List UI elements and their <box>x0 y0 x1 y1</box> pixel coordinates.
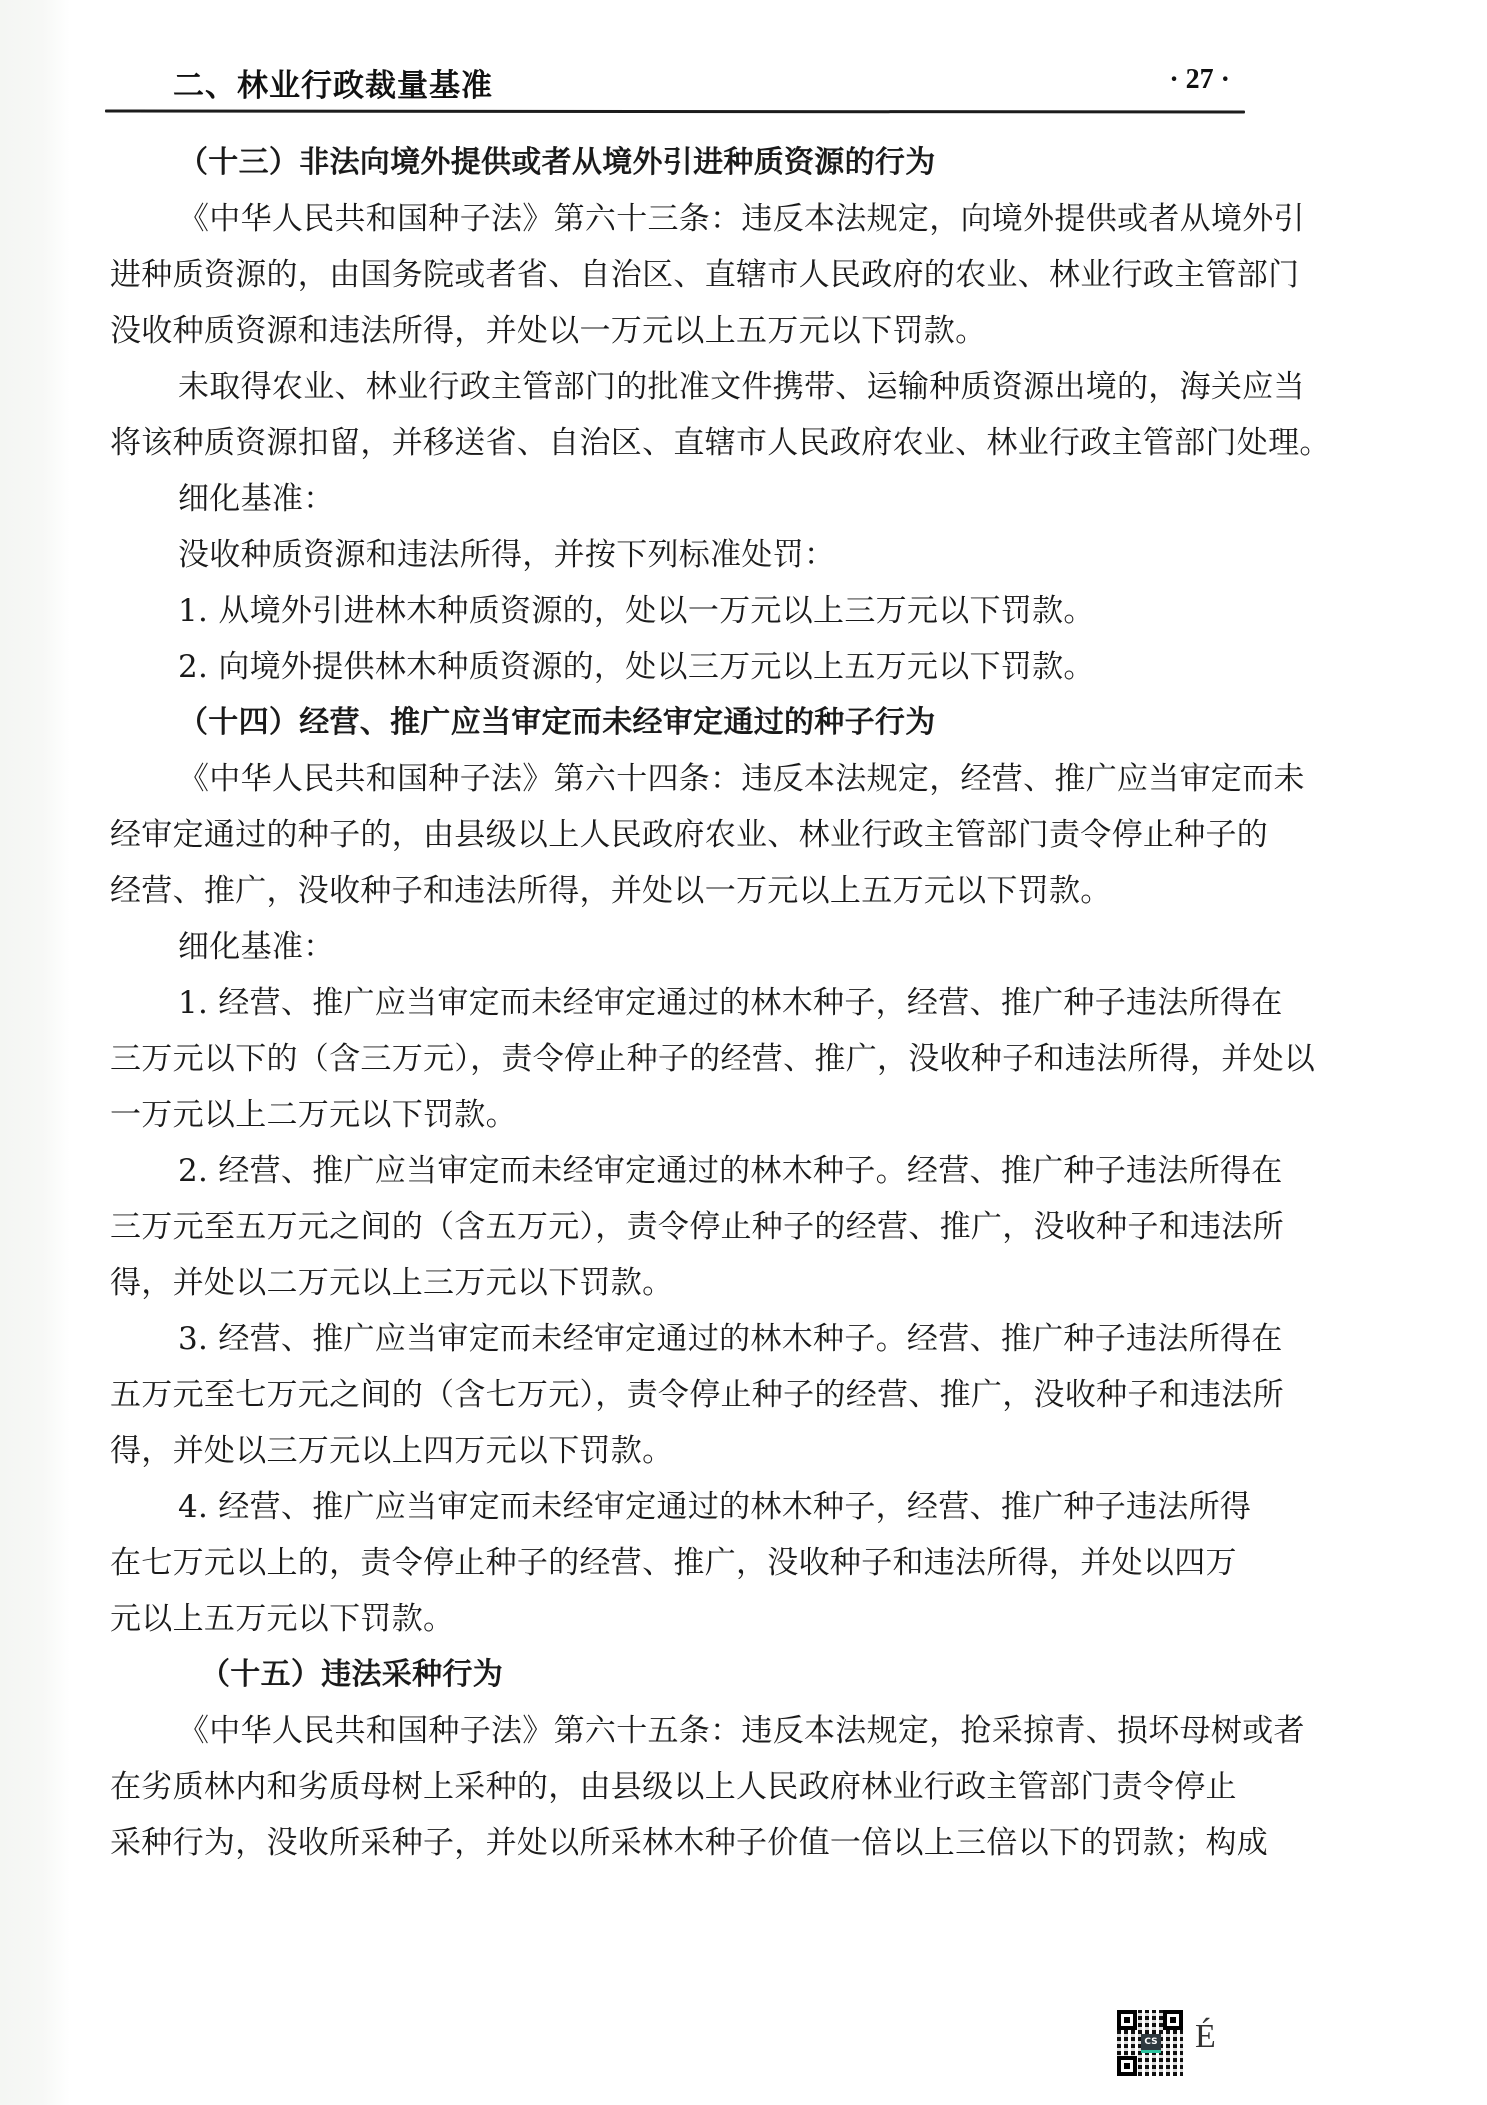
scan-edge-shadow <box>0 0 70 2105</box>
article-line: 未取得农业、林业行政主管部门的批准文件携带、运输种质资源出境的，海关应当 <box>110 359 1280 415</box>
page-body: （十三）非法向境外提供或者从境外引进种质资源的行为 《中华人民共和国种子法》第六… <box>110 135 1280 1871</box>
article-line: 在劣质林内和劣质母树上采种的，由县级以上人民政府林业行政主管部门责令停止 <box>110 1759 1280 1815</box>
criteria-item: 1. 从境外引进林木种质资源的，处以一万元以上三万元以下罚款。 <box>110 583 1280 639</box>
criteria-label: 细化基准： <box>110 919 1280 975</box>
criteria-item: 1. 经营、推广应当审定而未经审定通过的林木种子，经营、推广种子违法所得在 <box>110 975 1280 1031</box>
article-line: 《中华人民共和国种子法》第六十三条：违反本法规定，向境外提供或者从境外引 <box>110 191 1280 247</box>
section-heading-13: （十三）非法向境外提供或者从境外引进种质资源的行为 <box>110 135 1280 191</box>
criteria-item-cont: 得，并处以三万元以上四万元以下罚款。 <box>110 1423 1280 1479</box>
article-line: 没收种质资源和违法所得，并处以一万元以上五万元以下罚款。 <box>110 303 1280 359</box>
criteria-item: 2. 向境外提供林木种质资源的，处以三万元以上五万元以下罚款。 <box>110 639 1280 695</box>
article-line: 经审定通过的种子的，由县级以上人民政府农业、林业行政主管部门责令停止种子的 <box>110 807 1280 863</box>
criteria-item-cont: 一万元以上二万元以下罚款。 <box>110 1087 1280 1143</box>
article-line: 《中华人民共和国种子法》第六十四条：违反本法规定，经营、推广应当审定而未 <box>110 751 1280 807</box>
section-heading-15: （十五）违法采种行为 <box>110 1647 1280 1703</box>
criteria-item-cont: 三万元至五万元之间的（含五万元），责令停止种子的经营、推广，没收种子和违法所 <box>110 1199 1280 1255</box>
running-header: 二、林业行政裁量基准 · 27 · <box>105 50 1245 110</box>
article-line: 《中华人民共和国种子法》第六十五条：违反本法规定，抢采掠青、损坏母树或者 <box>110 1703 1280 1759</box>
criteria-item-cont: 三万元以下的（含三万元），责令停止种子的经营、推广，没收种子和违法所得，并处以 <box>110 1031 1280 1087</box>
section-title: 二、林业行政裁量基准 <box>173 60 493 105</box>
header-rule <box>105 110 1245 114</box>
article-line: 经营、推广，没收种子和违法所得，并处以一万元以上五万元以下罚款。 <box>110 863 1280 919</box>
criteria-item-cont: 元以上五万元以下罚款。 <box>110 1591 1280 1647</box>
criteria-item-cont: 在七万元以上的，责令停止种子的经营、推广，没收种子和违法所得，并处以四万 <box>110 1535 1280 1591</box>
section-heading-14: （十四）经营、推广应当审定而未经审定通过的种子行为 <box>110 695 1280 751</box>
criteria-intro: 没收种质资源和违法所得，并按下列标准处罚： <box>110 527 1280 583</box>
scanner-qr-code: CS <box>1117 2010 1187 2080</box>
criteria-item: 4. 经营、推广应当审定而未经审定通过的林木种子，经营、推广种子违法所得 <box>110 1479 1280 1535</box>
article-line: 采种行为，没收所采种子，并处以所采林木种子价值一倍以上三倍以下的罚款；构成 <box>110 1815 1280 1871</box>
article-line: 将该种质资源扣留，并移送省、自治区、直辖市人民政府农业、林业行政主管部门处理。 <box>110 415 1280 471</box>
criteria-label: 细化基准： <box>110 471 1280 527</box>
criteria-item-cont: 五万元至七万元之间的（含七万元），责令停止种子的经营、推广，没收种子和违法所 <box>110 1367 1280 1423</box>
article-line: 进种质资源的，由国务院或者省、自治区、直辖市人民政府的农业、林业行政主管部门 <box>110 247 1280 303</box>
criteria-item: 3. 经营、推广应当审定而未经审定通过的林木种子。经营、推广种子违法所得在 <box>110 1311 1280 1367</box>
camscanner-logo-icon: CS <box>1141 2034 1161 2053</box>
criteria-item: 2. 经营、推广应当审定而未经审定通过的林木种子。经营、推广种子违法所得在 <box>110 1143 1280 1199</box>
qr-code-icon: CS <box>1117 2010 1183 2076</box>
trailing-char: É <box>1195 2018 1216 2056</box>
criteria-item-cont: 得，并处以二万元以上三万元以下罚款。 <box>110 1255 1280 1311</box>
page-number: · 27 · <box>1169 64 1230 96</box>
